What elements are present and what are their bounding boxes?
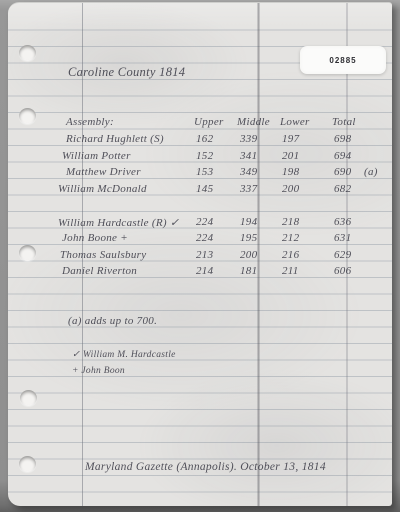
punch-hole [19,45,36,61]
upper-votes: 224 [196,232,213,244]
table-row: Daniel Riverton 214 181 211 606 [8,265,392,280]
col-header-middle: Middle [237,116,270,128]
table-row: John Boone + 224 195 212 631 [8,232,392,247]
lower-votes: 201 [282,150,299,162]
table-row: Richard Hughlett (S) 162 339 197 698 [8,133,392,148]
upper-votes: 153 [196,166,213,178]
lower-votes: 211 [282,265,299,277]
table-row: Thomas Saulsbury 213 200 216 629 [8,249,392,264]
punch-hole [20,390,37,406]
table-row: Matthew Driver 153 349 198 690 (a) [8,166,392,181]
candidate-name: William Hardcastle (R) ✓ [58,216,179,229]
col-header-total: Total [332,116,356,128]
candidate-name: William McDonald [58,183,147,195]
upper-votes: 162 [196,133,213,145]
col-header-upper: Upper [194,116,224,128]
total-footnote-marker: (a) [364,166,378,178]
middle-votes: 341 [240,150,257,162]
punch-hole [19,456,36,472]
section-label: Assembly: [66,116,114,128]
total-votes: 606 [334,265,351,277]
candidate-name: Thomas Saulsbury [60,249,146,261]
candidate-name: Matthew Driver [66,166,141,178]
table-header-row: Assembly: Upper Middle Lower Total [8,116,392,131]
middle-votes: 337 [240,183,257,195]
candidate-name: Daniel Riverton [62,265,137,277]
plus-note: + John Boon [72,366,125,376]
upper-votes: 214 [196,265,213,277]
total-votes: 694 [334,150,351,162]
upper-votes: 224 [196,216,213,228]
lower-votes: 198 [282,166,299,178]
total-votes: 698 [334,133,351,145]
candidate-name: William Potter [62,150,131,162]
candidate-name: John Boone + [62,232,128,244]
upper-votes: 213 [196,249,213,261]
table-row: William Hardcastle (R) ✓ 224 194 218 636 [8,216,392,231]
total-votes: 629 [334,249,351,261]
checkmark-note: ✓ William M. Hardcastle [72,349,176,360]
middle-votes: 195 [240,232,257,244]
total-votes: 636 [334,216,351,228]
total-votes: 690 [334,166,351,178]
lower-votes: 200 [282,183,299,195]
archive-number: 02885 [329,56,356,65]
upper-votes: 145 [196,183,213,195]
col-header-lower: Lower [280,116,310,128]
lower-votes: 212 [282,232,299,244]
footnote-a: (a) adds up to 700. [68,315,157,327]
notebook-paper: 02885 Caroline County 1814 Assembly: Upp… [8,2,392,506]
scanned-ledger-page: { "page": { "archive_label": "02885", "t… [0,0,400,512]
lower-votes: 216 [282,249,299,261]
table-row: William Potter 152 341 201 694 [8,150,392,165]
archive-number-sticker: 02885 [300,46,386,74]
upper-votes: 152 [196,150,213,162]
middle-votes: 339 [240,133,257,145]
middle-votes: 349 [240,166,257,178]
lower-votes: 197 [282,133,299,145]
page-title: Caroline County 1814 [68,65,185,80]
lower-votes: 218 [282,216,299,228]
total-votes: 682 [334,183,351,195]
middle-votes: 194 [240,216,257,228]
source-citation: Maryland Gazette (Annapolis). October 13… [85,461,326,473]
middle-votes: 200 [240,249,257,261]
total-votes: 631 [334,232,351,244]
table-row: William McDonald 145 337 200 682 [8,183,392,198]
candidate-name: Richard Hughlett (S) [66,133,164,145]
middle-votes: 181 [240,265,257,277]
